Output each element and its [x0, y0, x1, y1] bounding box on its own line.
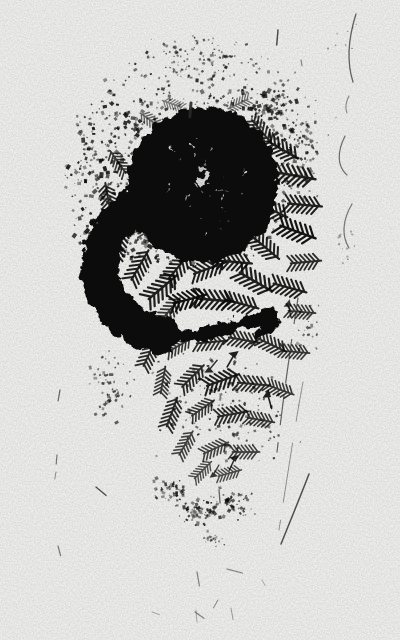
artwork-frame: Untitled abstract monochrome ink print [0, 0, 400, 640]
paper-grain-overlay [0, 0, 400, 640]
artwork-svg [0, 0, 400, 640]
